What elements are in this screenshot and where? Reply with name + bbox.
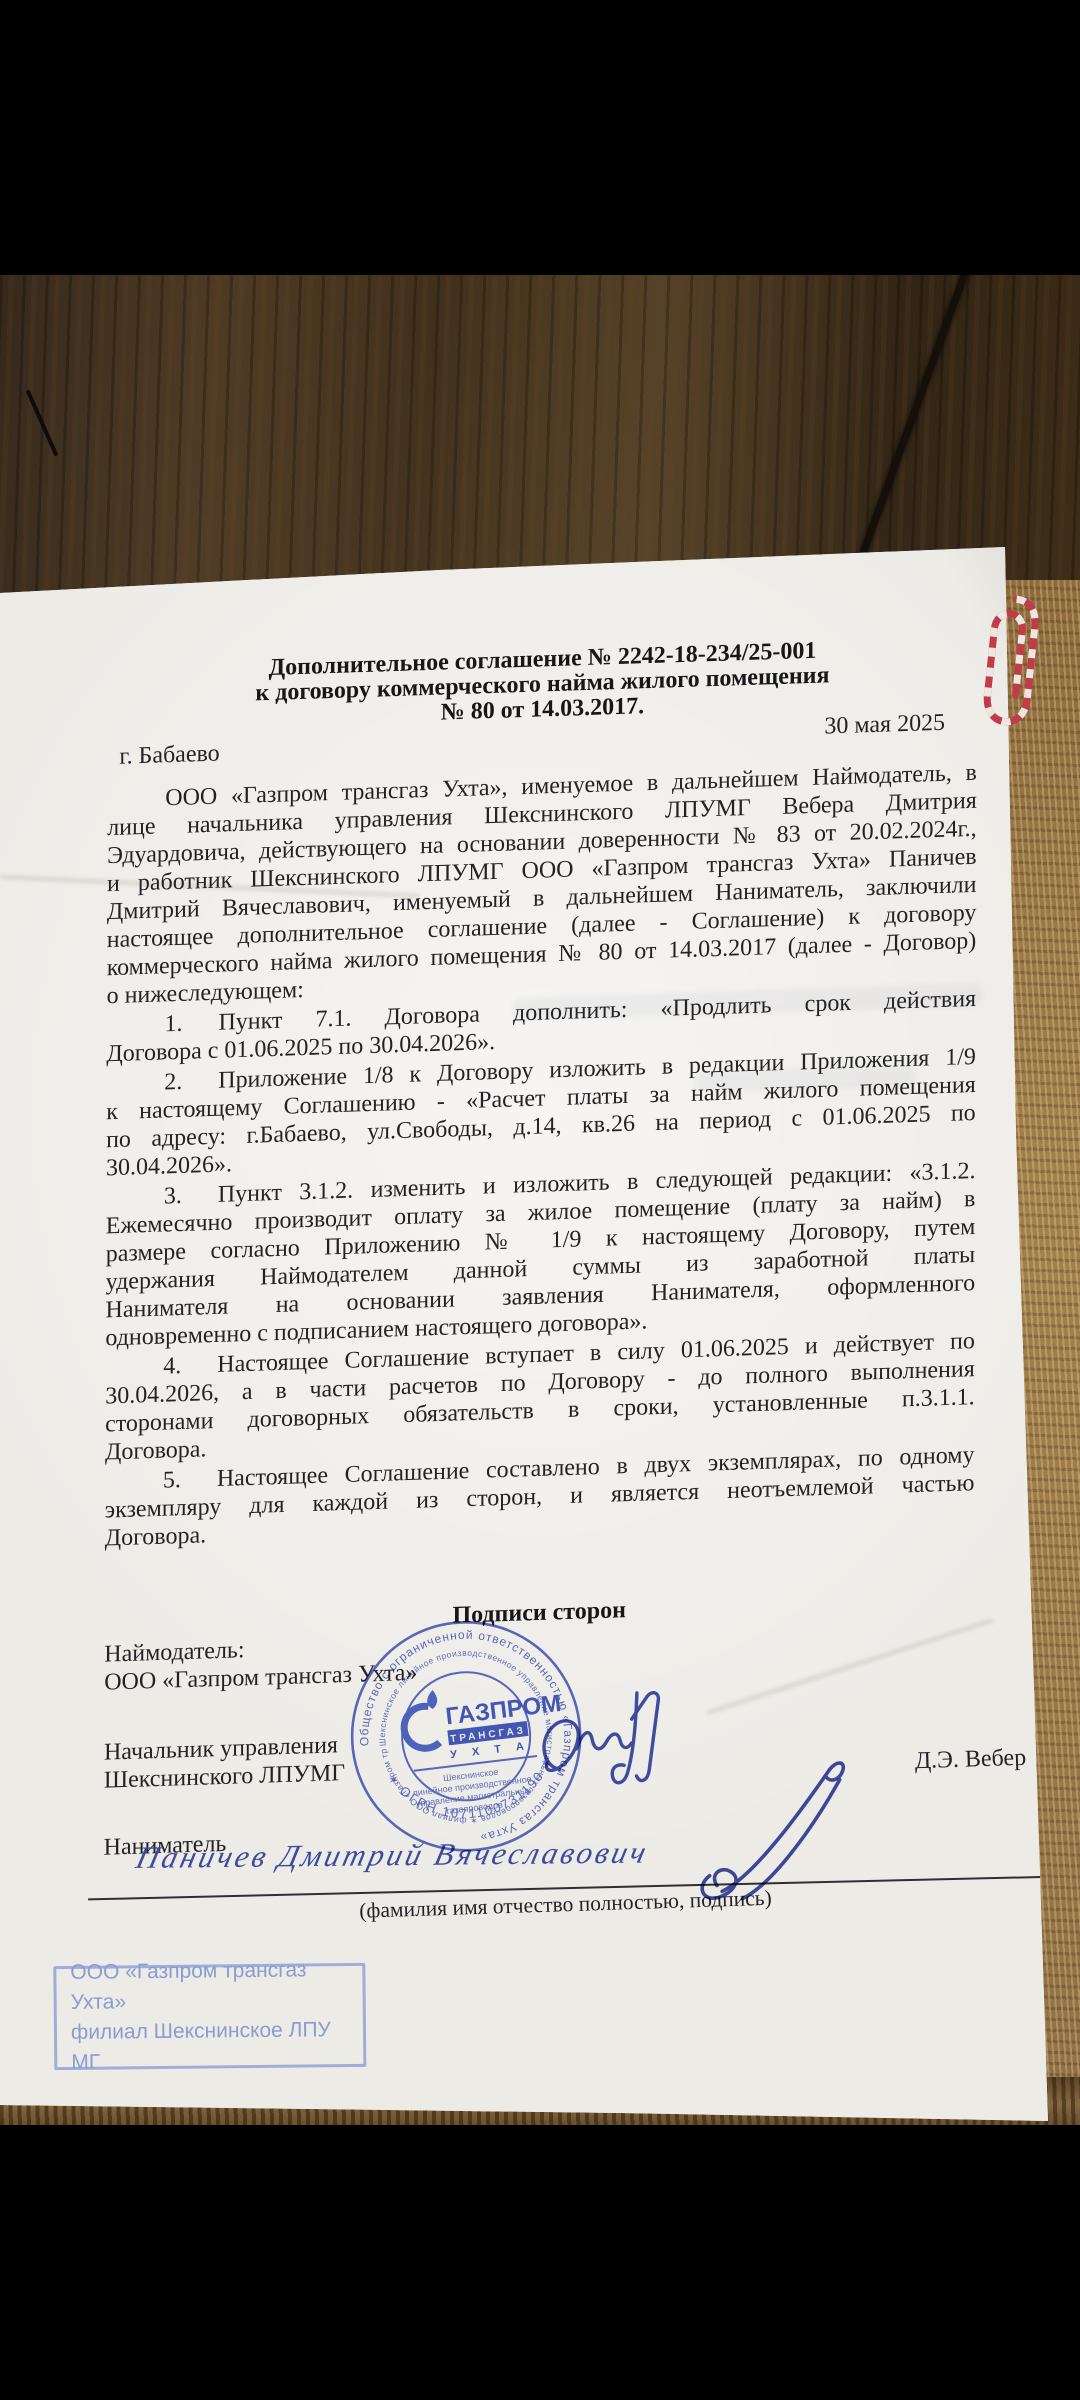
letterbox-bottom <box>0 2125 1080 2400</box>
wood-seam <box>852 275 971 576</box>
landlord-name: Д.Э. Вебер <box>876 1745 1027 1777</box>
landlord-signature <box>519 1683 703 1819</box>
tenant-signature <box>676 1753 856 1913</box>
clause-3: 3.Пункт 3.1.2. изменить и изложить в сле… <box>105 1157 975 1352</box>
gazprom-flame-logo-icon <box>400 1690 443 1751</box>
document-content: Дополнительное соглашение № 2242-18-234/… <box>0 591 1080 2125</box>
rect-stamp-line: филиал Шекснинское ЛПУ МГ <box>71 2015 364 2078</box>
intro-paragraph: ООО «Газпром трансгаз Ухта», именуемое в… <box>107 759 977 1010</box>
pen-mark <box>26 389 59 456</box>
rect-stamp-line: ООО «Газпром трансгаз Ухта» <box>70 1955 363 2018</box>
rect-company-stamp: ООО «Газпром трансгаз Ухта» филиал Шексн… <box>53 1963 366 2070</box>
letterbox-top <box>0 0 1080 275</box>
photo-of-document: Дополнительное соглашение № 2242-18-234/… <box>0 275 1080 2125</box>
document-paper: Дополнительное соглашение № 2242-18-234/… <box>0 275 1080 2125</box>
